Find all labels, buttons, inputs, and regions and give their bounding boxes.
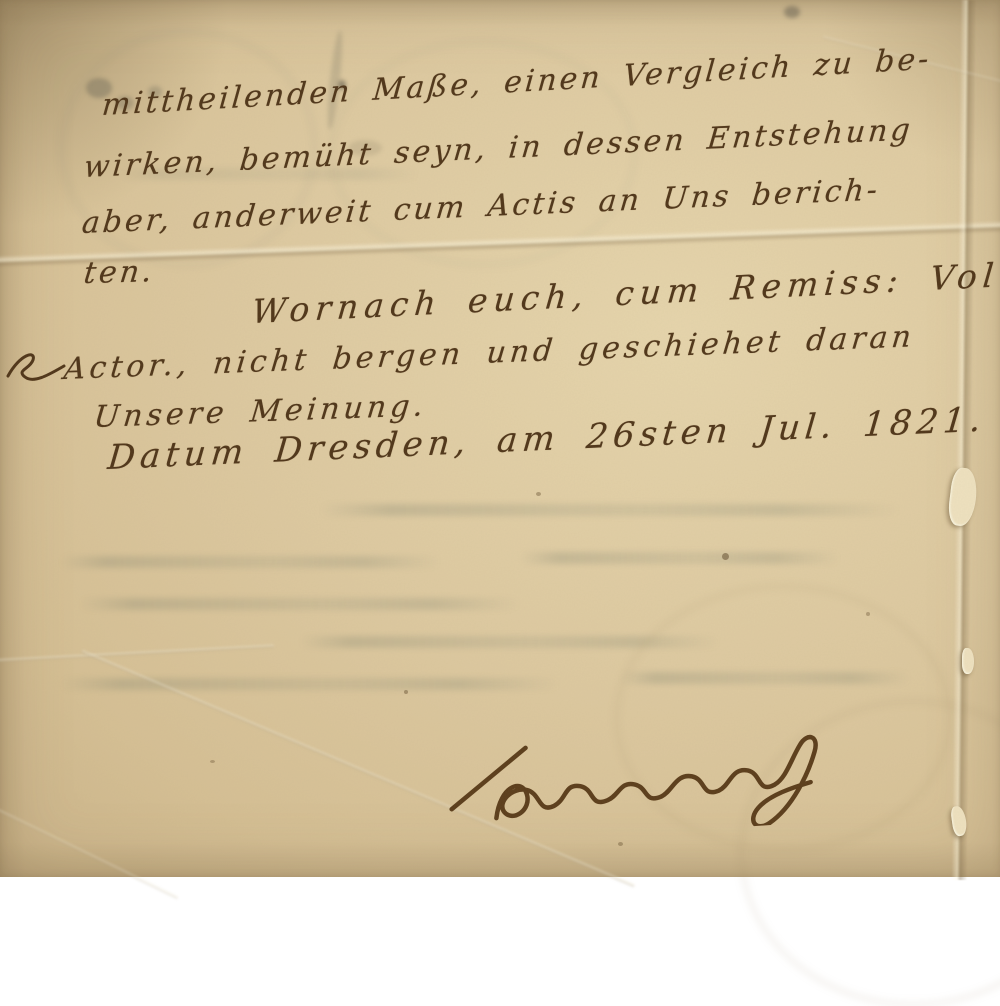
manuscript-line-6: Actor., nicht bergen und geschiehet dara… bbox=[62, 319, 916, 387]
manuscript-page: mittheilenden Maße, einen Vergleich zu b… bbox=[0, 0, 1000, 877]
paper-speck bbox=[722, 553, 729, 560]
edge-tear bbox=[947, 467, 980, 528]
bleedthrough-line bbox=[80, 598, 520, 610]
manuscript-line-4: ten. bbox=[82, 254, 157, 291]
bleedthrough-line bbox=[520, 552, 840, 564]
paper-speck bbox=[618, 842, 623, 846]
bleedthrough-line bbox=[320, 504, 900, 516]
paper-speck bbox=[404, 690, 408, 694]
paper-speck bbox=[536, 492, 541, 496]
ink-smudge bbox=[784, 6, 800, 18]
crease-bottom-left-horizontal bbox=[0, 645, 274, 663]
edge-nick bbox=[962, 648, 974, 674]
margin-mark bbox=[6, 344, 68, 388]
paper-speck bbox=[866, 612, 870, 616]
bleedthrough-line bbox=[60, 678, 560, 690]
crease-bottom-corner bbox=[0, 800, 178, 877]
bleedthrough-line bbox=[60, 556, 440, 568]
paper-speck bbox=[210, 760, 215, 763]
